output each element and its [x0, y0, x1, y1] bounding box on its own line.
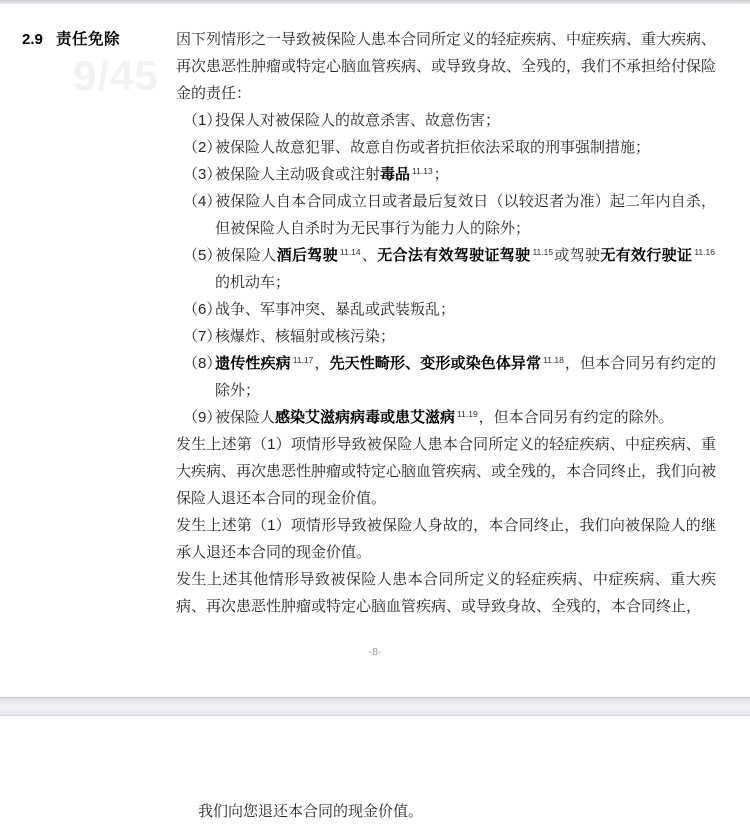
page-number: -8-: [0, 646, 750, 658]
exclusion-item: （5）被保险人酒后驾驶11.14、无合法有效驾驶证驾驶11.15或驾驶无有效行驶…: [176, 242, 716, 296]
defined-term: 毒品: [380, 166, 410, 183]
exclusion-item: （9）被保险人感染艾滋病病毒或患艾滋病11.19，但本合同另有约定的除外。: [176, 404, 716, 431]
document-page-8: 9/45 2.9 责任免除 因下列情形之一导致被保险人患本合同所定义的轻症疾病、…: [0, 4, 750, 697]
exclusion-list: （1）投保人对被保险人的故意杀害、故意伤害；（2）被保险人故意犯罪、故意自伤或者…: [176, 107, 716, 431]
exclusion-item: （8）遗传性疾病11.17，先天性畸形、变形或染色体异常11.18，但本合同另有…: [176, 350, 716, 404]
text-segment: 被保险人: [215, 409, 275, 426]
defined-term: 感染艾滋病病毒或患艾滋病: [275, 409, 455, 426]
item-number: （1）: [183, 107, 215, 134]
text-segment: ，: [314, 355, 329, 372]
next-page-first-line: 我们向您退还本合同的现金价值。: [0, 716, 750, 825]
footnote-ref: 11.19: [457, 409, 478, 419]
text-segment: 被保险人: [215, 247, 277, 264]
item-number: （9）: [183, 404, 215, 431]
footnote-ref: 11.16: [694, 247, 715, 257]
item-number: （7）: [183, 323, 215, 350]
defined-term: 遗传性疾病: [215, 355, 291, 372]
item-number: （8）: [183, 350, 215, 377]
item-number: （3）: [183, 161, 215, 188]
section-body: 因下列情形之一导致被保险人患本合同所定义的轻症疾病、中症疾病、重大疾病、再次患恶…: [176, 26, 716, 620]
closing-paragraph: 发生上述第（1）项情形导致被保险人患本合同所定义的轻症疾病、中症疾病、重大疾病、…: [176, 431, 716, 512]
item-number: （6）: [183, 296, 215, 323]
text-segment: 或驾驶: [554, 247, 600, 264]
defined-term: 无有效行驶证: [600, 247, 692, 264]
footnote-ref: 11.15: [532, 247, 553, 257]
text-segment: 核爆炸、核辐射或核污染；: [215, 328, 395, 345]
footnote-ref: 11.14: [340, 247, 361, 257]
exclusion-item: （1）投保人对被保险人的故意杀害、故意伤害；: [176, 107, 716, 134]
closing-paragraph: 发生上述其他情形导致被保险人患本合同所定义的轻症疾病、中症疾病、重大疾病、再次患…: [176, 566, 716, 620]
text-segment: ；: [434, 166, 449, 183]
exclusion-item: （7）核爆炸、核辐射或核污染；: [176, 323, 716, 350]
exclusion-item: （3）被保险人主动吸食或注射毒品11.13；: [176, 161, 716, 188]
closing-paragraph: 发生上述第（1）项情形导致被保险人身故的，本合同终止，我们向被保险人的继承人退还…: [176, 512, 716, 566]
text-segment: ，但本合同另有约定的除外。: [479, 409, 674, 426]
text-segment: 、: [362, 247, 378, 264]
section-number: 2.9: [0, 26, 56, 620]
closing-paragraphs: 发生上述第（1）项情形导致被保险人患本合同所定义的轻症疾病、中症疾病、重大疾病、…: [176, 431, 716, 620]
page-separator: [0, 697, 750, 716]
intro-paragraph: 因下列情形之一导致被保险人患本合同所定义的轻症疾病、中症疾病、重大疾病、再次患恶…: [176, 26, 716, 107]
exclusion-item: （4）被保险人自本合同成立日或者最后复效日（以较迟者为准）起二年内自杀，但被保险…: [176, 188, 716, 242]
defined-term: 酒后驾驶: [277, 247, 338, 264]
exclusion-item: （6）战争、军事冲突、暴乱或武装叛乱；: [176, 296, 716, 323]
footnote-ref: 11.13: [412, 166, 433, 176]
footnote-ref: 11.18: [543, 355, 564, 365]
defined-term: 先天性畸形、变形或染色体异常: [330, 355, 542, 372]
text-segment: 的机动车；: [215, 274, 290, 291]
section-2-9: 2.9 责任免除 因下列情形之一导致被保险人患本合同所定义的轻症疾病、中症疾病、…: [0, 4, 750, 620]
exclusion-item: （2）被保险人故意犯罪、故意自伤或者抗拒依法采取的刑事强制措施；: [176, 134, 716, 161]
text-segment: 被保险人故意犯罪、故意自伤或者抗拒依法采取的刑事强制措施；: [215, 139, 650, 156]
section-title: 责任免除: [56, 26, 176, 620]
defined-term: 无合法有效驾驶证驾驶: [377, 247, 530, 264]
text-segment: 投保人对被保险人的故意杀害、故意伤害；: [215, 112, 500, 129]
text-segment: 战争、军事冲突、暴乱或武装叛乱；: [215, 301, 455, 318]
item-number: （2）: [183, 134, 215, 161]
document-page-9: 我们向您退还本合同的现金价值。: [0, 716, 750, 835]
text-segment: 被保险人自本合同成立日或者最后复效日（以较迟者为准）起二年内自杀，但被保险人自杀…: [215, 193, 716, 237]
item-number: （5）: [183, 242, 215, 269]
text-segment: 被保险人主动吸食或注射: [215, 166, 380, 183]
footnote-ref: 11.17: [293, 355, 314, 365]
document-viewer: 9/45 2.9 责任免除 因下列情形之一导致被保险人患本合同所定义的轻症疾病、…: [0, 0, 750, 835]
item-number: （4）: [183, 188, 215, 215]
